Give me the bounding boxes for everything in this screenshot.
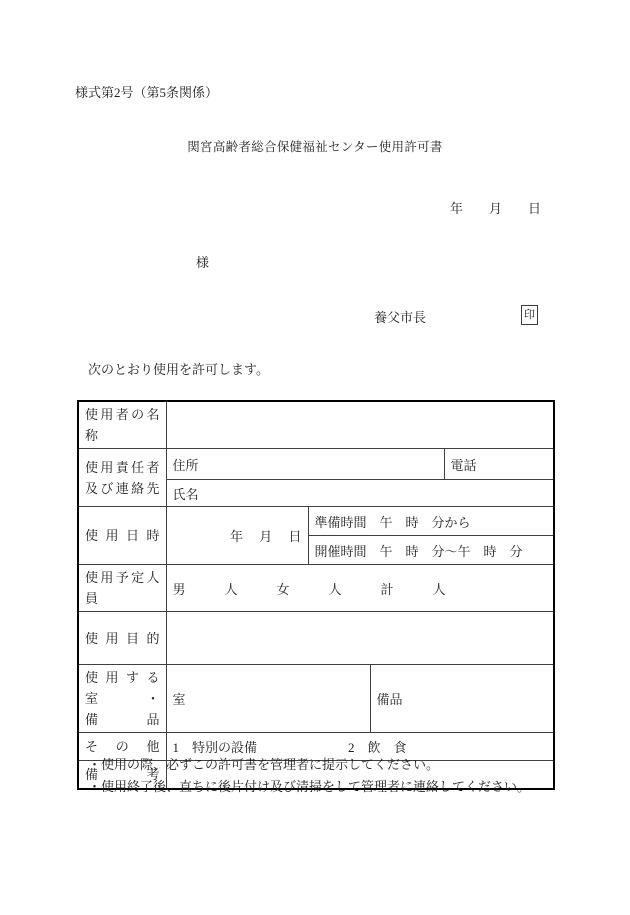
responsible-label: 使用責任者 及び連絡先 bbox=[78, 449, 166, 507]
rooms-label: 使用する室・ 備品 bbox=[78, 665, 166, 733]
phone-cell: 電話 bbox=[444, 449, 554, 480]
prep-time-cell: 準備時間 午 時 分から bbox=[308, 507, 554, 536]
document-title: 関宮高齢者総合保健福祉センター使用許可書 bbox=[0, 137, 630, 155]
row-people: 使用予定人員 男 人 女 人 計 人 bbox=[78, 565, 554, 612]
room-cell: 室 bbox=[166, 665, 370, 733]
purpose-label: 使用目的 bbox=[78, 612, 166, 665]
note-line-1: ・使用の際、必ずこの許可書を管理者に提示してください。 bbox=[88, 754, 530, 776]
addressee-suffix: 様 bbox=[196, 252, 209, 271]
row-datetime-prep: 使用日時 年 月 日 準備時間 午 時 分から bbox=[78, 507, 554, 536]
permit-form-table: 使用者の名称 使用責任者 及び連絡先 住所 電話 氏名 使用日時 年 月 日 準… bbox=[77, 400, 555, 790]
name-cell: 氏名 bbox=[166, 480, 554, 507]
issuer-name: 養父市長 bbox=[374, 307, 426, 326]
row-purpose: 使用目的 bbox=[78, 612, 554, 665]
people-value-cell: 男 人 女 人 計 人 bbox=[166, 565, 554, 612]
purpose-value-cell bbox=[166, 612, 554, 665]
event-time-cell: 開催時間 午 時 分～午 時 分 bbox=[308, 536, 554, 565]
people-label: 使用予定人員 bbox=[78, 565, 166, 612]
seal-mark: 印 bbox=[521, 305, 538, 325]
user-name-label: 使用者の名称 bbox=[78, 401, 166, 449]
issue-date-line: 年 月 日 bbox=[450, 198, 541, 217]
intro-sentence: 次のとおり使用を許可します。 bbox=[88, 359, 269, 378]
row-user-name: 使用者の名称 bbox=[78, 401, 554, 449]
row-responsible-address: 使用責任者 及び連絡先 住所 電話 bbox=[78, 449, 554, 480]
document-page: 様式第2号（第5条関係） 関宮高齢者総合保健福祉センター使用許可書 年 月 日 … bbox=[0, 0, 630, 915]
row-rooms: 使用する室・ 備品 室 備品 bbox=[78, 665, 554, 733]
footer-notes: ・使用の際、必ずこの許可書を管理者に提示してください。 ・使用終了後、直ちに後片… bbox=[88, 754, 530, 798]
user-name-value-cell bbox=[166, 401, 554, 449]
datetime-label: 使用日時 bbox=[78, 507, 166, 565]
address-cell: 住所 bbox=[166, 449, 444, 480]
seal-character: 印 bbox=[524, 309, 535, 321]
form-code: 様式第2号（第5条関係） bbox=[75, 82, 218, 101]
use-date-cell: 年 月 日 bbox=[166, 507, 308, 565]
note-line-2: ・使用終了後、直ちに後片付け及び清掃をして管理者に連絡してください。 bbox=[88, 776, 530, 798]
equipment-cell: 備品 bbox=[370, 665, 554, 733]
